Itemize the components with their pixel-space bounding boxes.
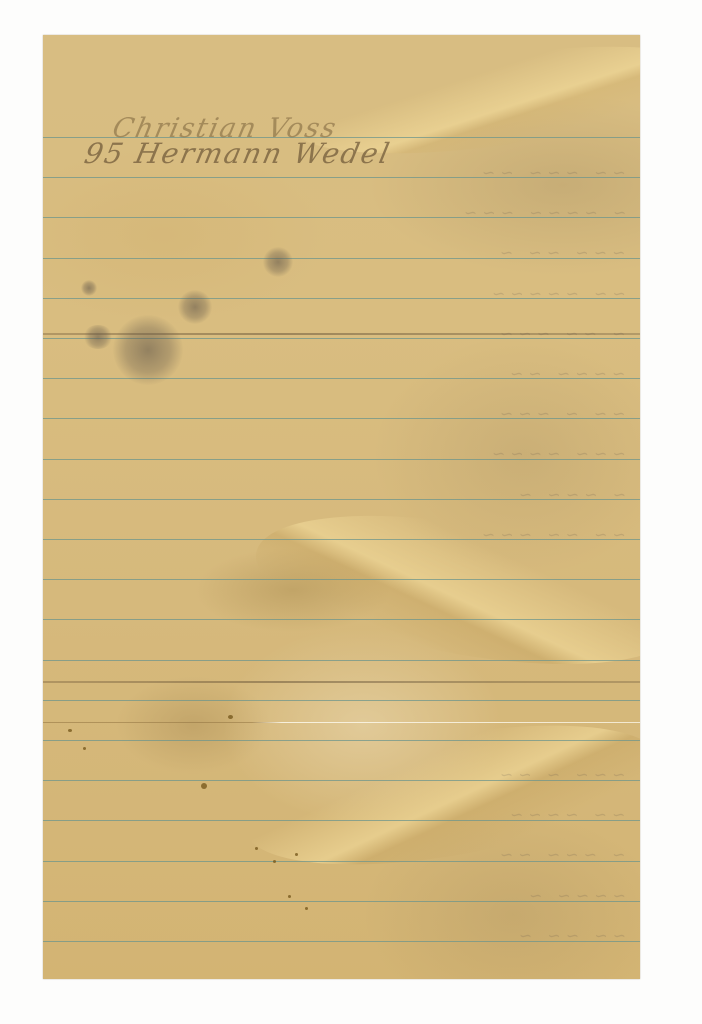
scan-background: Christian Voss 95 Hermann Wedel ~~ ~~~ ~… [0, 0, 702, 1024]
horizontal-fold-crease-lower [43, 681, 640, 683]
bleed-through-mark: ~~~~ ~ [522, 886, 627, 905]
mold-spot [81, 280, 97, 296]
ruled-line [43, 660, 640, 661]
bleed-through-mark: ~~ ~~ ~~~ [475, 525, 627, 544]
handwritten-name-hermann-wedel: 95 Hermann Wedel [81, 137, 394, 170]
bleed-through-mark: ~ ~~~~ ~~~ [457, 203, 628, 222]
paper-crack-line [43, 722, 640, 723]
ruled-line [43, 700, 640, 701]
mold-spot [83, 325, 113, 349]
ink-speck [68, 729, 72, 732]
ink-speck [201, 783, 207, 789]
ink-speck [288, 895, 291, 898]
water-stain-middle [245, 489, 640, 692]
ruled-line [43, 619, 640, 620]
ink-speck [255, 847, 258, 850]
ink-speck [83, 747, 86, 750]
ink-speck [305, 907, 308, 910]
ink-speck [273, 860, 276, 863]
bleed-through-mark: ~~~ ~~ ~ [494, 243, 628, 262]
bleed-through-mark: ~~ ~ ~~~ [494, 404, 628, 423]
ink-speck [295, 853, 298, 856]
mold-spot [263, 247, 293, 277]
mold-spot-large [113, 315, 183, 385]
bleed-through-mark: ~~ ~~ ~ [512, 926, 628, 945]
ruled-line [43, 740, 640, 741]
bleed-through-mark: ~~~ ~ ~~ [494, 765, 628, 784]
bleed-through-mark: ~~ ~~~~ [504, 805, 628, 824]
ruled-line [43, 579, 640, 580]
bleed-through-mark: ~~ ~~~ ~~ [475, 163, 627, 182]
ink-speck [228, 715, 233, 719]
bleed-through-mark: ~ ~~~ ~~ [494, 845, 628, 864]
bleed-through-mark: ~~~~ ~~ [504, 364, 628, 383]
bleed-through-mark: ~~ ~~~~~ [485, 284, 627, 303]
lined-paper-sheet: Christian Voss 95 Hermann Wedel ~~ ~~~ ~… [43, 35, 640, 979]
bleed-through-mark: ~~~ ~~~~ [485, 444, 627, 463]
bleed-through-mark: ~ ~~ ~~~ [494, 324, 628, 343]
bleed-through-mark: ~ ~~~ ~ [512, 485, 628, 504]
mold-spot [178, 290, 212, 324]
